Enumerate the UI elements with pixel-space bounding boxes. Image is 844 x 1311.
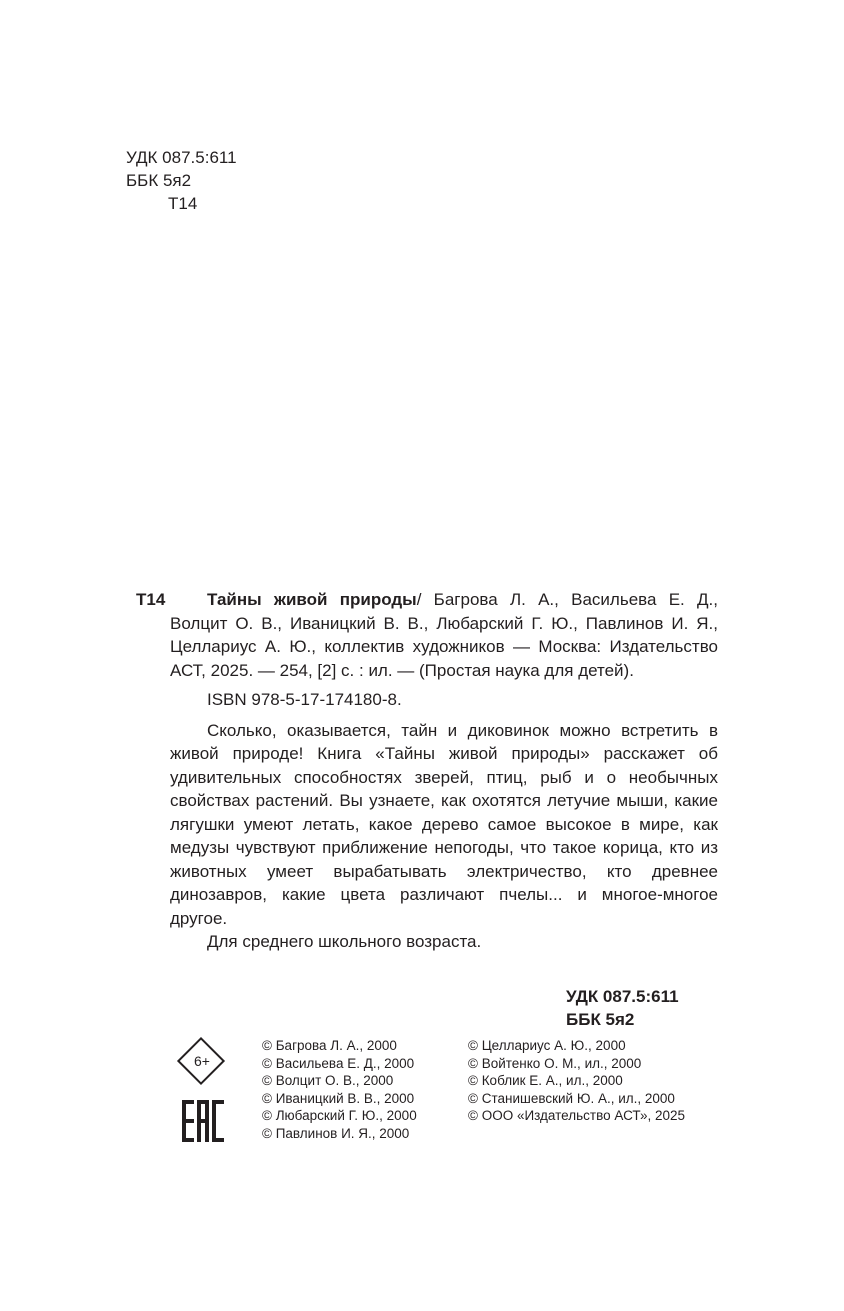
classification-codes-bottom: УДК 087.5:611 ББК 5я2 <box>566 985 679 1031</box>
classification-codes-top: УДК 087.5:611 ББК 5я2 Т14 <box>126 146 237 215</box>
eac-letter-e-icon <box>182 1100 194 1142</box>
eac-logo-icon <box>182 1100 228 1142</box>
annotation: Сколько, оказывается, тайн и диковинок м… <box>170 719 718 931</box>
bbk-code-bottom: ББК 5я2 <box>566 1008 679 1031</box>
copyright-line: © Целлариус А. Ю., 2000 <box>468 1037 685 1055</box>
copyright-line: © Станишевский Ю. А., ил., 2000 <box>468 1090 685 1108</box>
record-author-mark: Т14 <box>136 588 165 612</box>
copyright-line: © Павлинов И. Я., 2000 <box>262 1125 417 1143</box>
copyright-line: © ООО «Издательство АСТ», 2025 <box>468 1107 685 1125</box>
age-rating-text: 6+ <box>176 1036 228 1088</box>
copyright-line: © Багрова Л. А., 2000 <box>262 1037 417 1055</box>
copyright-line: © Иваницкий В. В., 2000 <box>262 1090 417 1108</box>
copyrights-left: © Багрова Л. А., 2000 © Васильева Е. Д.,… <box>262 1037 417 1143</box>
copyright-line: © Коблик Е. А., ил., 2000 <box>468 1072 685 1090</box>
age-rating-badge: 6+ <box>176 1036 228 1088</box>
eac-letter-a-icon <box>197 1100 209 1142</box>
copyright-line: © Васильева Е. Д., 2000 <box>262 1055 417 1073</box>
eac-letter-c-icon <box>212 1100 224 1142</box>
copyright-line: © Волцит О. В., 2000 <box>262 1072 417 1090</box>
marks: 6+ <box>176 1036 228 1142</box>
udk-code: УДК 087.5:611 <box>126 146 237 169</box>
record-body: Тайны живой природы/ Багрова Л. А., Васи… <box>170 588 718 954</box>
copyrights-right: © Целлариус А. Ю., 2000 © Войтенко О. М.… <box>468 1037 685 1125</box>
copyright-line: © Войтенко О. М., ил., 2000 <box>468 1055 685 1073</box>
record-entry: Тайны живой природы/ Багрова Л. А., Васи… <box>170 588 718 682</box>
author-mark: Т14 <box>126 192 237 215</box>
bibliographic-record: Т14 Тайны живой природы/ Багрова Л. А., … <box>136 588 718 954</box>
bbk-code: ББК 5я2 <box>126 169 237 192</box>
udk-code-bottom: УДК 087.5:611 <box>566 985 679 1008</box>
audience-note: Для среднего школьного возраста. <box>170 930 718 954</box>
copyright-line: © Любарский Г. Ю., 2000 <box>262 1107 417 1125</box>
book-title: Тайны живой природы <box>207 590 417 609</box>
isbn: ISBN 978-5-17-174180-8. <box>170 688 718 712</box>
